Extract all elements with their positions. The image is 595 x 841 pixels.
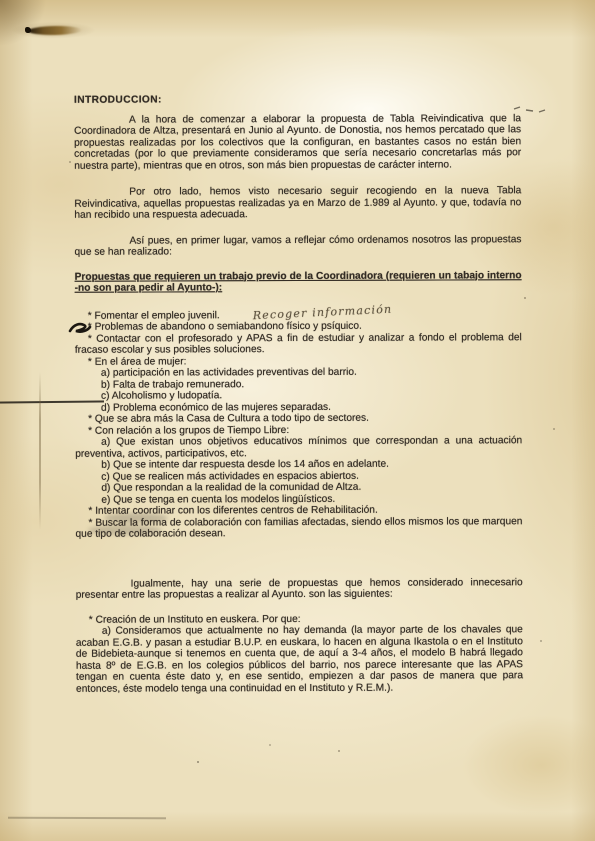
scratch-mark: [8, 817, 166, 819]
paper-crease: [39, 372, 41, 530]
list-subitem: a) Que existan unos objetivos educativos…: [75, 435, 522, 460]
intro-heading: INTRODUCCION:: [74, 93, 521, 106]
paragraph-por-otro-lado: Por otro lado, hemos visto necesario seg…: [74, 185, 521, 221]
document-text: INTRODUCCION: A la hora de comenzar a el…: [74, 93, 523, 695]
paragraph-igualmente: Igualmente, hay una serie de propuestas …: [76, 577, 523, 602]
list-item: * Contactar con el profesorado y APAS a …: [75, 332, 522, 357]
paragraph-intro: A la hora de comenzar a elaborar la prop…: [74, 113, 521, 172]
bullet-list: * Fomentar el empleo juvenil. Recoger in…: [75, 309, 523, 541]
ink-smudge-tip-mark: [25, 27, 31, 33]
paper-specks: [197, 761, 199, 763]
list-item: * Buscar la forma de colaboración con fa…: [75, 516, 522, 541]
section-heading-propuestas: Propuestas que requieren un trabajo prev…: [75, 270, 522, 295]
scanned-document-page: INTRODUCCION: A la hora de comenzar a el…: [0, 0, 595, 841]
list-subitem-euskera: a) Consideramos que actualmente no hay d…: [76, 624, 523, 695]
paragraph-asi-pues: Así pues, en primer lugar, vamos a refle…: [74, 234, 521, 259]
ink-smudge-mark: [28, 26, 82, 36]
